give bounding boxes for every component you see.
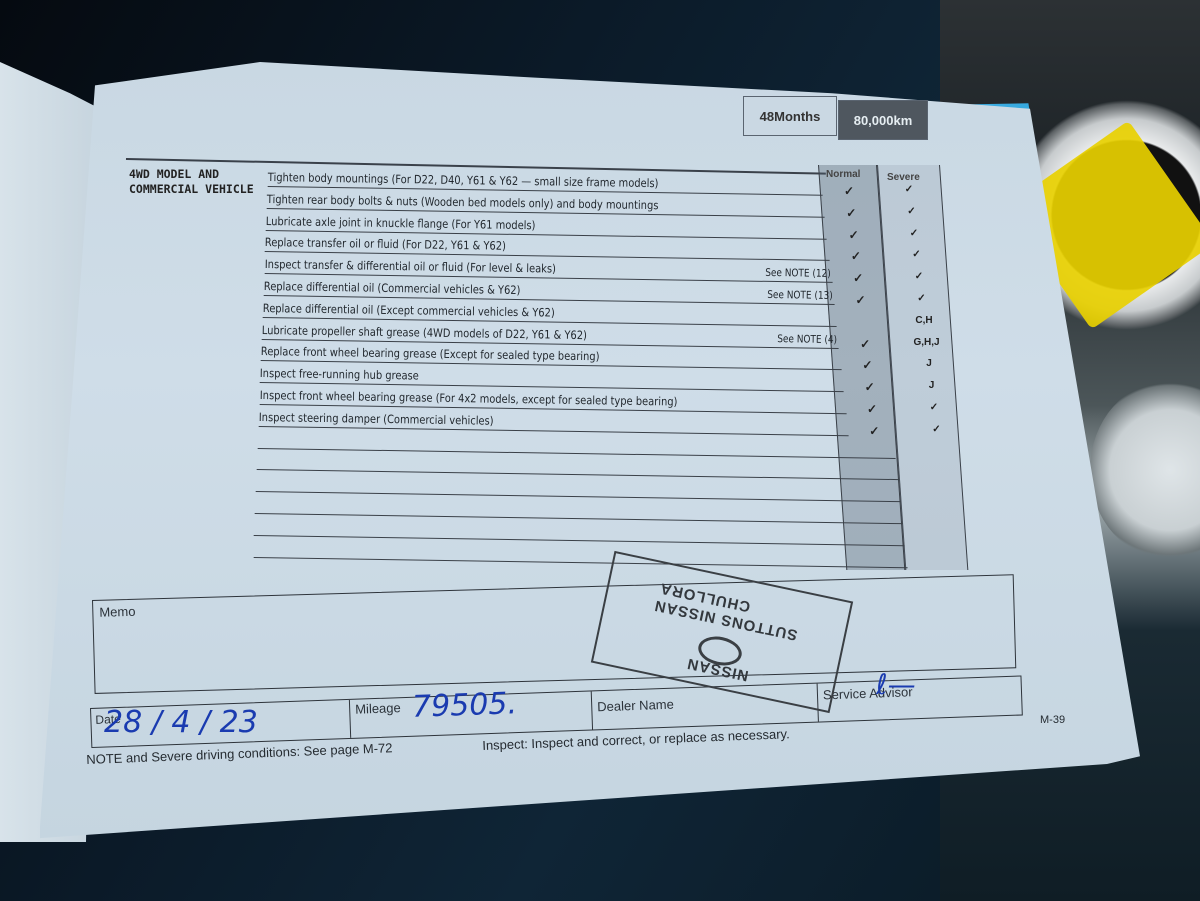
severe-mark: ✓ bbox=[899, 228, 929, 239]
normal-mark: ✓ bbox=[857, 402, 887, 416]
item-description: Inspect free-running hub grease bbox=[260, 366, 419, 384]
normal-mark: ✓ bbox=[850, 337, 880, 351]
page-number: M-39 bbox=[1040, 714, 1065, 726]
normal-mark: ✓ bbox=[839, 228, 869, 242]
severe-header: Severe bbox=[887, 172, 920, 183]
severe-mark: C,H bbox=[909, 315, 939, 326]
mileage-value: 79505. bbox=[411, 686, 517, 725]
item-description: Inspect steering damper (Commercial vehi… bbox=[258, 410, 493, 430]
severe-mark: ✓ bbox=[894, 184, 924, 195]
section-label-line2: COMMERCIAL VEHICLE bbox=[129, 182, 254, 196]
item-description: Replace transfer oil or fluid (For D22, … bbox=[265, 235, 506, 255]
severe-mark: G,H,J bbox=[912, 337, 942, 348]
severe-mark: ✓ bbox=[904, 271, 934, 282]
item-description: Replace differential oil (Commercial veh… bbox=[263, 279, 520, 299]
normal-mark: ✓ bbox=[855, 380, 885, 394]
normal-mark: ✓ bbox=[836, 206, 866, 220]
date-value: 28 / 4 / 23 bbox=[104, 705, 258, 740]
normal-mark: ✓ bbox=[846, 293, 876, 307]
section-label-line1: 4WD MODEL AND bbox=[129, 167, 219, 181]
normal-mark: ✓ bbox=[852, 358, 882, 372]
normal-mark: ✓ bbox=[843, 271, 873, 285]
item-note: See NOTE (13) bbox=[767, 289, 833, 302]
item-note: See NOTE (12) bbox=[765, 267, 831, 280]
page-content: 48Months 80,000km 4WD MODEL AND COMMERCI… bbox=[0, 0, 1200, 901]
severe-mark: ✓ bbox=[907, 293, 937, 304]
severe-mark: ✓ bbox=[919, 402, 949, 413]
interval-months: 48Months bbox=[743, 96, 837, 136]
normal-header: Normal bbox=[826, 169, 860, 180]
item-note: See NOTE (4) bbox=[777, 333, 837, 346]
normal-mark: ✓ bbox=[834, 184, 864, 198]
advisor-signature: ℓ— bbox=[876, 668, 916, 701]
interval-km: 80,000km bbox=[838, 100, 928, 140]
severe-mark: J bbox=[914, 358, 944, 369]
normal-mark: ✓ bbox=[859, 424, 889, 438]
severe-mark: ✓ bbox=[897, 206, 927, 217]
item-description: Inspect transfer & differential oil or f… bbox=[264, 257, 555, 278]
dealer-name-label: Dealer Name bbox=[597, 697, 674, 715]
memo-label: Memo bbox=[99, 604, 136, 620]
item-description: Replace differential oil (Except commerc… bbox=[263, 301, 555, 322]
normal-mark: ✓ bbox=[841, 249, 871, 263]
severe-mark: J bbox=[917, 380, 947, 391]
mileage-label: Mileage bbox=[355, 700, 401, 717]
severe-mark: ✓ bbox=[902, 249, 932, 260]
severe-mark: ✓ bbox=[922, 424, 952, 435]
section-label: 4WD MODEL AND COMMERCIAL VEHICLE bbox=[129, 167, 254, 197]
